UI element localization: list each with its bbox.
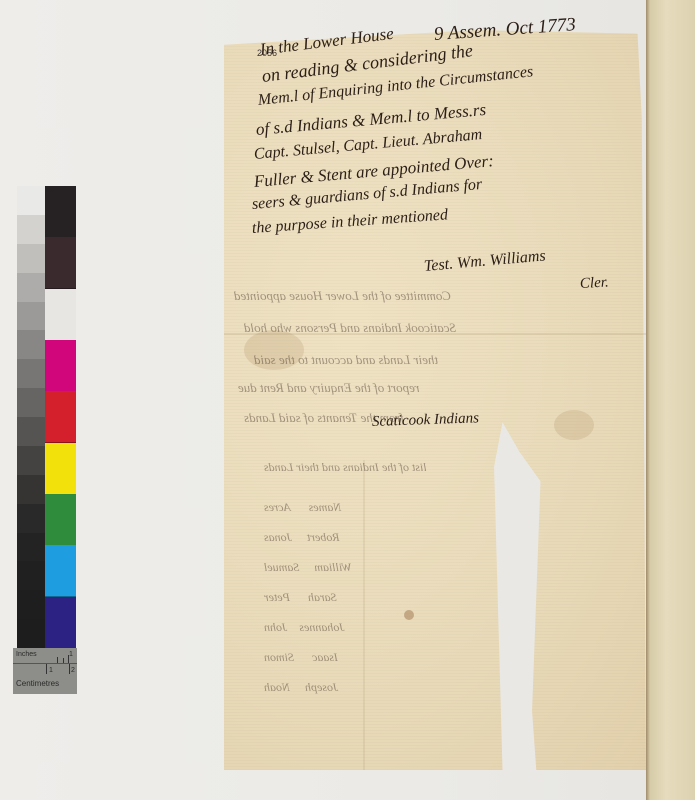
gray-step bbox=[17, 388, 45, 417]
gray-step bbox=[17, 330, 45, 359]
color-patch-blue-violet bbox=[45, 597, 76, 649]
grayscale-strip bbox=[17, 186, 45, 648]
inches-label: Inches bbox=[16, 649, 37, 661]
adjacent-page-edge bbox=[646, 0, 695, 800]
measurement-ruler: Inches 1 1 2 Centimetres bbox=[13, 648, 77, 694]
gray-step bbox=[17, 273, 45, 302]
inch-scale: Inches 1 bbox=[13, 649, 77, 664]
cm-mark-2: 2 bbox=[71, 667, 75, 674]
gray-step bbox=[17, 475, 45, 504]
color-patch-green bbox=[45, 494, 76, 546]
color-patch-red bbox=[45, 391, 76, 443]
color-patch-dark-brown bbox=[45, 237, 76, 289]
gray-step bbox=[17, 590, 45, 619]
gray-step bbox=[17, 302, 45, 331]
inch-mark: 1 bbox=[69, 649, 73, 661]
color-patch-magenta bbox=[45, 340, 76, 392]
centimetres-label: Centimetres bbox=[16, 679, 59, 688]
gray-step bbox=[17, 533, 45, 562]
color-patch-strip bbox=[45, 186, 76, 648]
color-patch-white bbox=[45, 289, 76, 341]
color-calibration-chart: Inches 1 1 2 Centimetres bbox=[13, 186, 77, 696]
gray-step bbox=[17, 244, 45, 273]
gray-step bbox=[17, 446, 45, 475]
color-patch-black bbox=[45, 186, 76, 238]
gray-step bbox=[17, 186, 45, 215]
gray-step bbox=[17, 504, 45, 533]
gray-step bbox=[17, 359, 45, 388]
gray-step bbox=[17, 417, 45, 446]
color-patch-cyan bbox=[45, 545, 76, 597]
attestation-title: Cler. bbox=[580, 275, 610, 293]
gray-step bbox=[17, 561, 45, 590]
color-patch-yellow bbox=[45, 443, 76, 495]
gray-step bbox=[17, 619, 45, 648]
cm-mark-1: 1 bbox=[49, 667, 53, 674]
vertical-fold bbox=[363, 460, 365, 770]
gray-step bbox=[17, 215, 45, 244]
manuscript-document: 2056 9 Assem. Oct 1773 In the Lower Hous… bbox=[224, 30, 646, 790]
